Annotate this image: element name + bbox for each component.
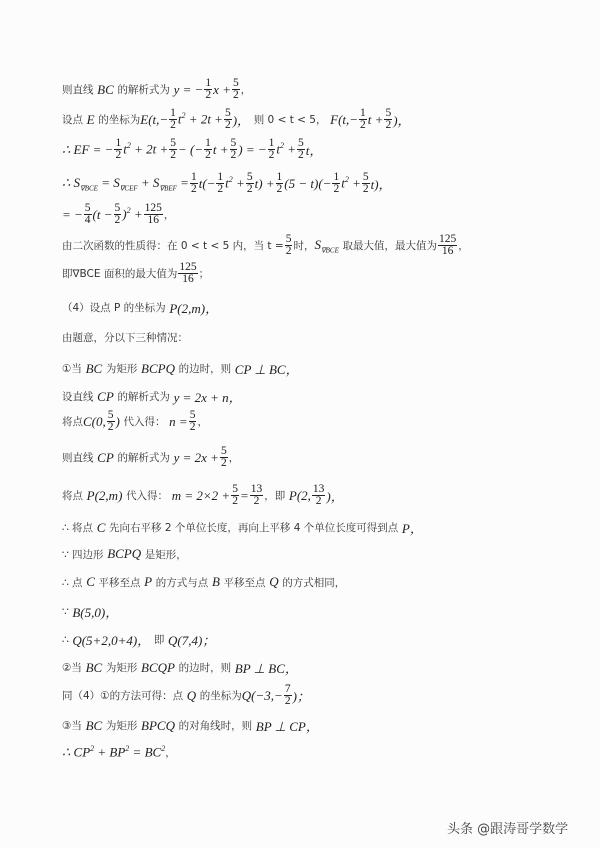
math: E(t,−: [140, 112, 168, 128]
label: ②当: [62, 660, 82, 675]
label: 的解析式为: [117, 450, 170, 465]
math: BC: [97, 82, 114, 98]
label: （4）设点 P 的坐标为: [62, 300, 166, 315]
math: t(−: [199, 176, 216, 192]
math: y = −: [174, 82, 204, 98]
math: P(2,: [289, 488, 311, 504]
math: Q: [269, 574, 278, 590]
text-line-substitute-p: 将点 P(2,m) 代入得： m = 2×2 + 52 = 132 ，即 P(2…: [62, 484, 344, 507]
label: 将点: [62, 414, 83, 429]
label: ①当: [62, 361, 82, 376]
label: 由题意，分以下三种情况：: [62, 330, 188, 345]
text-line-substitute-c: 将点 C(0, 52 ) 代入得： n = 52 ，: [62, 410, 208, 433]
label: 由二次函数的性质得：在 0 < t < 5 内，当 t =: [62, 238, 284, 253]
fraction: 52: [189, 410, 197, 433]
fraction: 54: [84, 203, 92, 226]
text-line-pythagoras: ∴ CP2 + BP2 = BC2 ，: [62, 744, 176, 760]
fraction: 72: [284, 684, 292, 707]
label: 则 0 < t < 5，: [254, 112, 327, 127]
math: CP: [97, 450, 114, 466]
fraction: 12: [190, 172, 198, 195]
fraction: 12: [332, 172, 340, 195]
math: )2 +: [122, 206, 142, 222]
label: 是矩形，: [145, 547, 187, 562]
math: ∴ CP2 + BP2 = BC2: [62, 744, 165, 760]
punct: ，: [229, 450, 240, 465]
label: 设直线: [62, 389, 94, 404]
math: BP ⊥ CP，: [256, 716, 319, 735]
fraction: 52: [230, 138, 238, 161]
math: )，: [326, 486, 343, 505]
text-line-cp-form: 设直线 CP 的解析式为 y = 2x + n，: [62, 387, 242, 406]
math: ∴ S∇BCE = S∇CEF + S∇BEF =: [62, 175, 189, 193]
text-line-max-value: 由二次函数的性质得：在 0 < t < 5 内，当 t = 52 时， S∇BC…: [62, 234, 469, 257]
math: =: [240, 488, 249, 504]
math: n =: [169, 414, 188, 430]
punct: ，: [164, 207, 175, 222]
fraction: 52: [362, 172, 370, 195]
math: BCPQ: [141, 361, 175, 377]
fraction: 12: [359, 108, 367, 131]
fraction: 52: [246, 172, 254, 195]
math: t2 +: [341, 175, 361, 191]
label: ，即: [264, 488, 285, 503]
math: Q(7,4)；: [168, 630, 215, 649]
math: t +: [368, 112, 384, 128]
label: 将点: [62, 488, 83, 503]
label: 的边时，则: [179, 660, 232, 675]
math: P(2,m): [87, 488, 123, 504]
math: BC: [86, 660, 103, 676]
math: )，: [233, 110, 250, 129]
label: 的解析式为: [117, 389, 170, 404]
math: E: [87, 112, 95, 128]
label: 则直线: [62, 450, 94, 465]
math: t2 + 2t +: [178, 111, 223, 127]
math: ∴ EF = −: [62, 142, 113, 158]
label: 的方式相同，: [282, 575, 345, 590]
text-line-point-q2: 同（4）①的方法可得：点 Q 的坐标为 Q(−3,− 72 )；: [62, 684, 310, 707]
math: ): [116, 414, 120, 430]
label: 即∇BCE 面积的最大值为: [62, 266, 177, 281]
label: 代入得：: [124, 414, 166, 429]
fraction: 12516: [438, 234, 457, 257]
punct: ，: [165, 745, 176, 760]
label: 的解析式为: [117, 82, 170, 97]
math: t2 +: [276, 141, 296, 157]
label: 设点: [62, 112, 83, 127]
fraction: 52: [107, 410, 115, 433]
fraction: 12516: [178, 262, 197, 285]
math: P: [144, 574, 152, 590]
label: 时，: [293, 238, 314, 253]
label: 的对角线时，则: [179, 718, 253, 733]
label: 的坐标为: [200, 688, 242, 703]
text-line-point-b: ∵ B(5,0)，: [62, 602, 118, 621]
math: )，: [393, 110, 410, 129]
fraction: 132: [312, 484, 326, 507]
label: 的方式与点: [156, 575, 209, 590]
text-line-case3: ③当 BC 为矩形 BPCQ 的对角线时，则 BP ⊥ CP，: [62, 716, 319, 735]
math: t +: [213, 142, 229, 158]
fraction: 52: [285, 234, 293, 257]
punct: ，: [458, 238, 469, 253]
fraction: 12: [169, 108, 177, 131]
math: C: [97, 520, 106, 536]
fraction: 52: [169, 138, 177, 161]
math: BC: [86, 718, 103, 734]
math: t) +: [255, 176, 275, 192]
label: 的坐标为: [98, 112, 140, 127]
fraction: 12: [216, 172, 224, 195]
label: ∴ 将点: [62, 520, 93, 535]
math: BPCQ: [141, 718, 175, 734]
label: 则直线: [62, 82, 94, 97]
fraction: 132: [250, 484, 264, 507]
text-line-point-q1: ∴ Q(5+2,0+4)， 即 Q(7,4)；: [62, 630, 215, 649]
label: 的边时，则: [179, 361, 232, 376]
text-line-vertex-form: = − 54 (t − 52 )2 + 12516 ，: [62, 203, 174, 226]
math: BP ⊥ BC，: [235, 658, 298, 677]
watermark: 头条 @跟涛哥学数学: [447, 818, 568, 837]
label: 取最大值，最大值为: [343, 238, 438, 253]
math: t)，: [371, 174, 392, 193]
text-line-cp-equation: 则直线 CP 的解析式为 y = 2x + 52 ，: [62, 446, 239, 469]
label: 平移至点: [99, 575, 141, 590]
fraction: 52: [224, 108, 232, 131]
label: ∴: [62, 634, 69, 646]
math: Q(−3,−: [242, 688, 283, 704]
text-line-case2: ②当 BC 为矩形 BCQP 的边时，则 BP ⊥ BC，: [62, 658, 298, 677]
math: F(t,−: [330, 112, 358, 128]
text-line-case1: ①当 BC 为矩形 BCPQ 的边时，则 CP ⊥ BC，: [62, 359, 299, 378]
label: 即: [154, 632, 165, 647]
math: (t −: [93, 207, 113, 223]
math: C: [86, 574, 95, 590]
math: S∇BCE: [314, 237, 338, 255]
label: 平移至点: [224, 575, 266, 590]
math: B: [212, 574, 220, 590]
fraction: 12: [204, 78, 212, 101]
math: BCQP: [141, 660, 175, 676]
text-line-three-cases: 由题意，分以下三种情况：: [62, 330, 188, 345]
label: 同（4）①的方法可得：点: [62, 688, 183, 703]
math: y = 2x + n，: [174, 387, 242, 406]
fraction: 12: [114, 138, 122, 161]
label: ∵: [62, 606, 69, 618]
text-line-ef: ∴ EF = − 12 t2 + 2t + 52 − (− 12 t + 52 …: [62, 138, 322, 161]
label: 为矩形: [106, 660, 138, 675]
punct: ，: [197, 414, 208, 429]
label: 代入得：: [126, 488, 168, 503]
math: )；: [293, 686, 310, 705]
text-line-same-translation: ∴ 点 C 平移至点 P 的方式与点 B 平移至点 Q 的方式相同，: [62, 574, 345, 590]
math: ) = −: [238, 142, 266, 158]
fraction: 52: [231, 484, 239, 507]
math: t2 + 2t +: [123, 141, 168, 157]
fraction: 52: [384, 108, 392, 131]
fraction: 12: [276, 172, 284, 195]
math: P，: [402, 518, 423, 537]
text-line-area-sum: ∴ S∇BCE = S∇CEF + S∇BEF = 12 t(− 12 t2 +…: [62, 172, 392, 195]
text-line-max-area: 即∇BCE 面积的最大值为 12516 ；: [62, 262, 209, 285]
text-line-bc-equation: 则直线 BC 的解析式为 y = − 12 x + 52 ，: [62, 78, 251, 101]
fraction: 52: [232, 78, 240, 101]
fraction: 52: [114, 203, 122, 226]
math: = −: [62, 207, 83, 223]
math: Q(5+2,0+4)，: [72, 630, 150, 649]
math: x +: [213, 82, 231, 98]
fraction: 52: [220, 446, 228, 469]
punct: ；: [199, 266, 210, 281]
math: − (−: [178, 142, 203, 158]
math: Q: [187, 688, 196, 704]
label: ∴ 点: [62, 575, 83, 590]
text-line-translation: ∴ 将点 C 先向右平移 2 个单位长度，再向上平移 4 个单位长度可得到点 P…: [62, 518, 423, 537]
math: B(5,0)，: [72, 602, 118, 621]
math: CP: [97, 389, 114, 405]
punct: ，: [241, 82, 252, 97]
label: 为矩形: [106, 361, 138, 376]
text-line-point-e: 设点 E 的坐标为 E(t,− 12 t2 + 2t + 52 )， 则 0 <…: [62, 108, 411, 131]
math: m = 2×2 +: [172, 488, 230, 504]
math: t2 +: [225, 175, 245, 191]
label: 先向右平移 2 个单位长度，再向上平移 4 个单位长度可得到点: [109, 520, 398, 535]
text-line-rectangle: ∵ 四边形 BCPQ 是矩形，: [62, 546, 187, 562]
math: t，: [306, 140, 323, 159]
label: ∵ 四边形: [62, 547, 104, 562]
math: BC: [86, 361, 103, 377]
text-line-part4-intro: （4）设点 P 的坐标为 P(2,m)，: [62, 298, 218, 317]
math: y = 2x +: [174, 450, 219, 466]
math: C(0,: [83, 414, 106, 430]
math: CP ⊥ BC，: [235, 359, 299, 378]
fraction: 12516: [144, 203, 163, 226]
label: ③当: [62, 718, 82, 733]
fraction: 12: [204, 138, 212, 161]
label: 为矩形: [106, 718, 138, 733]
math: (5 − t)(−: [284, 176, 331, 192]
fraction: 52: [297, 138, 305, 161]
fraction: 12: [268, 138, 276, 161]
math: P(2,m)，: [169, 298, 218, 317]
math: BCPQ: [107, 546, 141, 562]
